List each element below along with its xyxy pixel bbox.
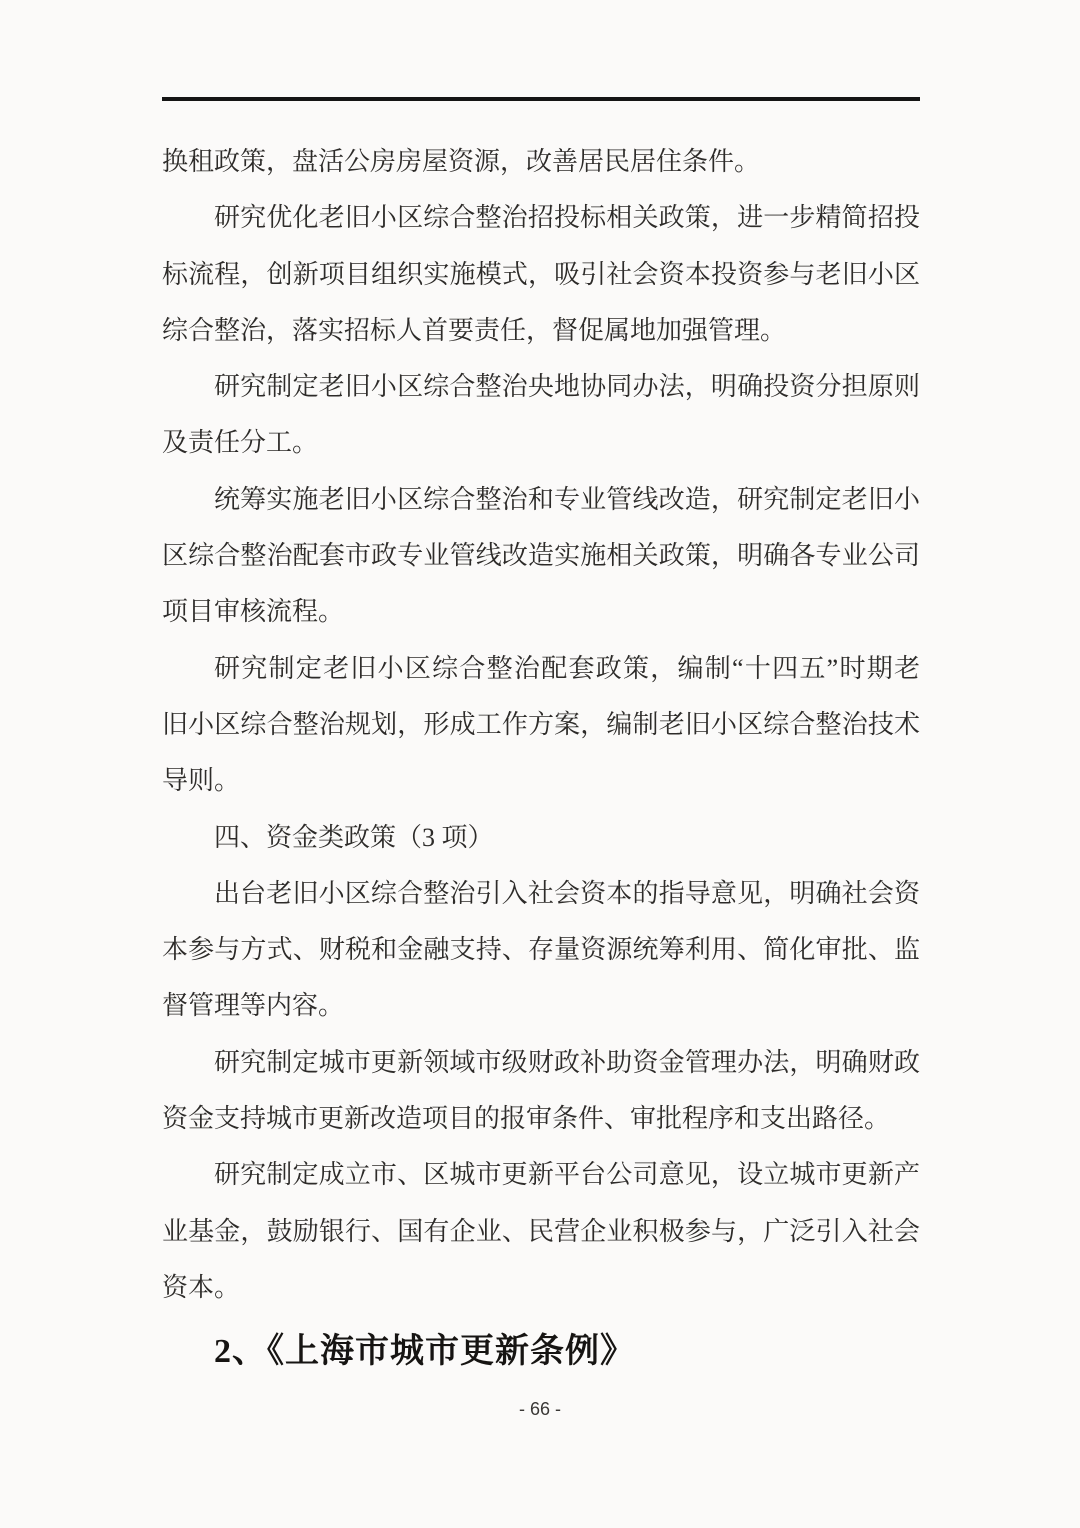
paragraph-line: 项目审核流程。: [162, 584, 920, 640]
paragraph-line: 标流程，创新项目组织实施模式，吸引社会资本投资参与老旧小区: [162, 247, 920, 303]
document-body: 换租政策，盘活公房房屋资源，改善居民居住条件。研究优化老旧小区综合整治招投标相关…: [162, 134, 920, 1316]
paragraph: 研究制定成立市、区城市更新平台公司意见，设立城市更新产业基金，鼓励银行、国有企业…: [162, 1147, 920, 1316]
paragraph-line: 研究制定老旧小区综合整治央地协同办法，明确投资分担原则: [162, 359, 920, 415]
page-number: - 66 -: [0, 1396, 1080, 1422]
document-page: 换租政策，盘活公房房屋资源，改善居民居住条件。研究优化老旧小区综合整治招投标相关…: [0, 0, 1080, 1528]
paragraph: 研究制定城市更新领域市级财政补助资金管理办法，明确财政资金支持城市更新改造项目的…: [162, 1035, 920, 1148]
paragraph-line: 换租政策，盘活公房房屋资源，改善居民居住条件。: [162, 134, 920, 190]
paragraph: 统筹实施老旧小区综合整治和专业管线改造，研究制定老旧小区综合整治配套市政专业管线…: [162, 472, 920, 641]
paragraph-line: 旧小区综合整治规划，形成工作方案，编制老旧小区综合整治技术: [162, 697, 920, 753]
paragraph-line: 统筹实施老旧小区综合整治和专业管线改造，研究制定老旧小: [162, 472, 920, 528]
section-heading-regulation: 2、《上海市城市更新条例》: [162, 1322, 920, 1382]
paragraph: 研究制定老旧小区综合整治央地协同办法，明确投资分担原则及责任分工。: [162, 359, 920, 472]
paragraph-line: 业基金，鼓励银行、国有企业、民营企业积极参与，广泛引入社会: [162, 1204, 920, 1260]
paragraph-line: 导则。: [162, 753, 920, 809]
paragraph-line: 本参与方式、财税和金融支持、存量资源统筹利用、简化审批、监: [162, 922, 920, 978]
paragraph-line: 资本。: [162, 1260, 920, 1316]
paragraph-line: 资金支持城市更新改造项目的报审条件、审批程序和支出路径。: [162, 1091, 920, 1147]
paragraph: 研究制定老旧小区综合整治配套政策，编制“十四五”时期老旧小区综合整治规划，形成工…: [162, 641, 920, 810]
paragraph-line: 综合整治，落实招标人首要责任，督促属地加强管理。: [162, 303, 920, 359]
paragraph-line: 研究制定成立市、区城市更新平台公司意见，设立城市更新产: [162, 1147, 920, 1203]
header-rule: [162, 97, 920, 101]
paragraph: 研究优化老旧小区综合整治招投标相关政策，进一步精简招投标流程，创新项目组织实施模…: [162, 190, 920, 359]
paragraph-line: 督管理等内容。: [162, 978, 920, 1034]
paragraph-line: 研究优化老旧小区综合整治招投标相关政策，进一步精简招投: [162, 190, 920, 246]
paragraph-line: 研究制定城市更新领域市级财政补助资金管理办法，明确财政: [162, 1035, 920, 1091]
paragraph-line: 研究制定老旧小区综合整治配套政策，编制“十四五”时期老: [162, 641, 920, 697]
paragraph: 出台老旧小区综合整治引入社会资本的指导意见，明确社会资本参与方式、财税和金融支持…: [162, 866, 920, 1035]
paragraph-line: 出台老旧小区综合整治引入社会资本的指导意见，明确社会资: [162, 866, 920, 922]
paragraph: 四、资金类政策（3 项）: [162, 810, 920, 866]
paragraph: 换租政策，盘活公房房屋资源，改善居民居住条件。: [162, 134, 920, 190]
paragraph-line: 区综合整治配套市政专业管线改造实施相关政策，明确各专业公司: [162, 528, 920, 584]
paragraph-line: 及责任分工。: [162, 415, 920, 471]
paragraph-line: 四、资金类政策（3 项）: [162, 810, 920, 866]
